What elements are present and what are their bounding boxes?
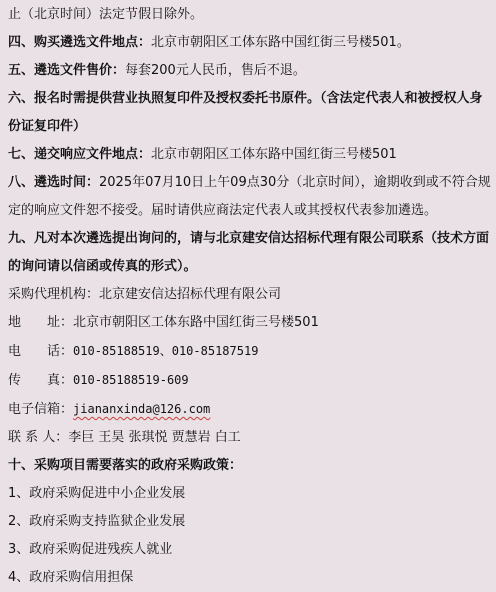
section-registration-requirements: 六、报名时需提供营业执照复印件及授权委托书原件。（含法定代表人和被授权人身份证复… bbox=[8, 85, 492, 141]
contact-person-label: 联 系 人： bbox=[8, 430, 68, 445]
phone-label: 电话： bbox=[8, 344, 73, 359]
section-inquiry-contact: 九、凡对本次遴选提出询问的，请与北京建安信达招标代理有限公司联系（技术方面的询问… bbox=[8, 225, 492, 281]
email-label: 电子信箱： bbox=[8, 402, 73, 417]
phone-line: 电话：010-85188519、010-85187519 bbox=[8, 337, 492, 366]
policy-list-item: 2、政府采购支持监狱企业发展 bbox=[8, 508, 492, 536]
email-line: 电子信箱：jiananxinda@126.com bbox=[8, 395, 492, 424]
section-submission-location: 七、递交响应文件地点：北京市朝阳区工体东路中国红街三号楼501 bbox=[8, 141, 492, 169]
address-line: 地址：北京市朝阳区工体东路中国红街三号楼501 bbox=[8, 309, 492, 337]
policy-list-item: 3、政府采购促进残疾人就业 bbox=[8, 536, 492, 564]
section-value: 北京市朝阳区工体东路中国红街三号楼501。 bbox=[151, 35, 410, 50]
section-heading: 四、购买遴选文件地点： bbox=[8, 35, 151, 50]
policy-list-item: 1、政府采购促进中小企业发展 bbox=[8, 480, 492, 508]
agency-value: 北京建安信达招标代理有限公司 bbox=[99, 287, 281, 302]
section-heading: 八、遴选时间： bbox=[8, 175, 99, 190]
contact-person-line: 联 系 人：李巨 王昊 张琪悦 贾慧岩 白工 bbox=[8, 424, 492, 452]
deadline-tail-line: 止（北京时间）法定节假日除外。 bbox=[8, 1, 492, 29]
fax-label: 传真： bbox=[8, 373, 73, 388]
section-purchase-location: 四、购买遴选文件地点：北京市朝阳区工体东路中国红街三号楼501。 bbox=[8, 29, 492, 57]
address-label: 地址： bbox=[8, 315, 73, 330]
email-link[interactable]: jiananxinda@126.com bbox=[73, 402, 210, 416]
phone-value: 010-85188519、010-85187519 bbox=[73, 344, 258, 358]
fax-line: 传真：010-85188519-609 bbox=[8, 366, 492, 395]
section-value: 北京市朝阳区工体东路中国红街三号楼501 bbox=[151, 147, 397, 162]
section-heading: 五、遴选文件售价： bbox=[8, 63, 125, 78]
fax-value: 010-85188519-609 bbox=[73, 373, 189, 387]
address-value: 北京市朝阳区工体东路中国红街三号楼501 bbox=[73, 315, 319, 330]
section-value: 每套200元人民币，售后不退。 bbox=[125, 63, 306, 78]
policy-list-item: 4、政府采购信用担保 bbox=[8, 564, 492, 592]
section-document-price: 五、遴选文件售价：每套200元人民币，售后不退。 bbox=[8, 57, 492, 85]
section-policy-heading: 十、采购项目需要落实的政府采购政策： bbox=[8, 452, 492, 480]
section-heading: 七、递交响应文件地点： bbox=[8, 147, 151, 162]
agency-label: 采购代理机构： bbox=[8, 287, 99, 302]
document-body: 止（北京时间）法定节假日除外。 四、购买遴选文件地点：北京市朝阳区工体东路中国红… bbox=[0, 0, 496, 592]
agency-line: 采购代理机构：北京建安信达招标代理有限公司 bbox=[8, 281, 492, 309]
contact-person-value: 李巨 王昊 张琪悦 贾慧岩 白工 bbox=[68, 430, 241, 445]
section-selection-time: 八、遴选时间：2025年07月10日上午09点30分（北京时间），逾期收到或不符… bbox=[8, 169, 492, 225]
